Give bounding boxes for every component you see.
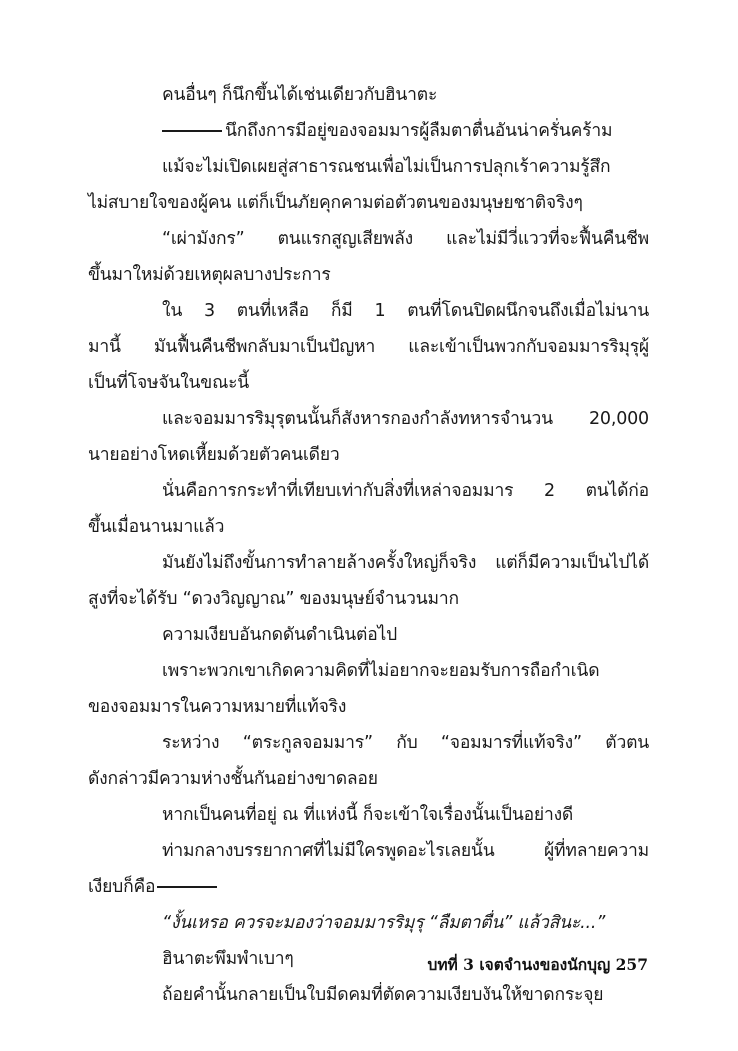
chapter-title: บทที่ 3 เจตจำนงของนักบุญ xyxy=(427,955,610,974)
paragraph-line: ท่ามกลางบรรยากาศที่ไม่มีใครพูดอะไรเลยนั้… xyxy=(162,833,649,869)
paragraph-line: นายอย่างโหดเหี้ยมด้วยตัวคนเดียว xyxy=(88,437,649,473)
paragraph-line: หากเป็นคนที่อยู่ ณ ที่แห่งนี้ ก็จะเข้าใจ… xyxy=(162,797,649,833)
page-footer: บทที่ 3 เจตจำนงของนักบุญ 257 xyxy=(427,952,648,977)
paragraph-line: ความเงียบอันกดดันดำเนินต่อไป xyxy=(162,617,649,653)
page-number: 257 xyxy=(616,955,648,974)
paragraph-line: ใน 3 ตนที่เหลือ ก็มี 1 ตนที่โดนปิดผนึกจน… xyxy=(162,293,649,329)
em-dash xyxy=(157,886,217,888)
book-page: คนอื่นๆ ก็นึกขึ้นได้เช่นเดียวกับฮินาตะ น… xyxy=(0,0,738,1051)
paragraph-line: แม้จะไม่เปิดเผยสู่สาธารณชนเพื่อไม่เป็นกา… xyxy=(162,149,649,185)
em-dash xyxy=(162,130,222,132)
paragraph-line: เป็นที่โจษจันในขณะนี้ xyxy=(88,365,649,401)
paragraph-line: ดังกล่าวมีความห่างชั้นกันอย่างขาดลอย xyxy=(88,761,649,797)
paragraph-line: “เผ่ามังกร” ตนแรกสูญเสียพลัง และไม่มีวี่… xyxy=(162,221,649,257)
paragraph-line: ระหว่าง “ตระกูลจอมมาร” กับ “จอมมารที่แท้… xyxy=(162,725,649,761)
paragraph-line: และจอมมารริมุรุตนนั้นก็สังหารกองกำลังทหา… xyxy=(162,401,649,437)
paragraph-line: นั่นคือการกระทำที่เทียบเท่ากับสิ่งที่เหล… xyxy=(162,473,649,509)
paragraph-line: ขึ้นเมื่อนานมาแล้ว xyxy=(88,509,649,545)
paragraph-line: เงียบก็คือ xyxy=(88,869,649,905)
paragraph-line: มานี้ มันฟื้นคืนชีพกลับมาเป็นปัญหา และเข… xyxy=(88,329,649,365)
paragraph-line: สูงที่จะได้รับ “ดวงวิญญาณ” ของมนุษย์จำนว… xyxy=(88,581,649,617)
paragraph-line: มันยังไม่ถึงขั้นการทำลายล้างครั้งใหญ่ก็จ… xyxy=(162,545,649,581)
paragraph-line: ไม่สบายใจของผู้คน แต่ก็เป็นภัยคุกคามต่อต… xyxy=(88,185,649,221)
paragraph-line: คนอื่นๆ ก็นึกขึ้นได้เช่นเดียวกับฮินาตะ xyxy=(162,77,649,113)
dialogue-line: “งั้นเหรอ ควรจะมองว่าจอมมารริมุรุ “ลืมตา… xyxy=(162,905,649,941)
paragraph-line: นึกถึงการมีอยู่ของจอมมารผู้ลืมตาตื่นอันน… xyxy=(162,113,649,149)
paragraph-line: ถ้อยคำนั้นกลายเป็นใบมีดคมที่ตัดความเงียบ… xyxy=(162,977,649,1013)
paragraph-line: ขึ้นมาใหม่ด้วยเหตุผลบางประการ xyxy=(88,257,649,293)
paragraph-line: เพราะพวกเขาเกิดความคิดที่ไม่อยากจะยอมรับ… xyxy=(162,653,649,689)
paragraph-line: ของจอมมารในความหมายที่แท้จริง xyxy=(88,689,649,725)
